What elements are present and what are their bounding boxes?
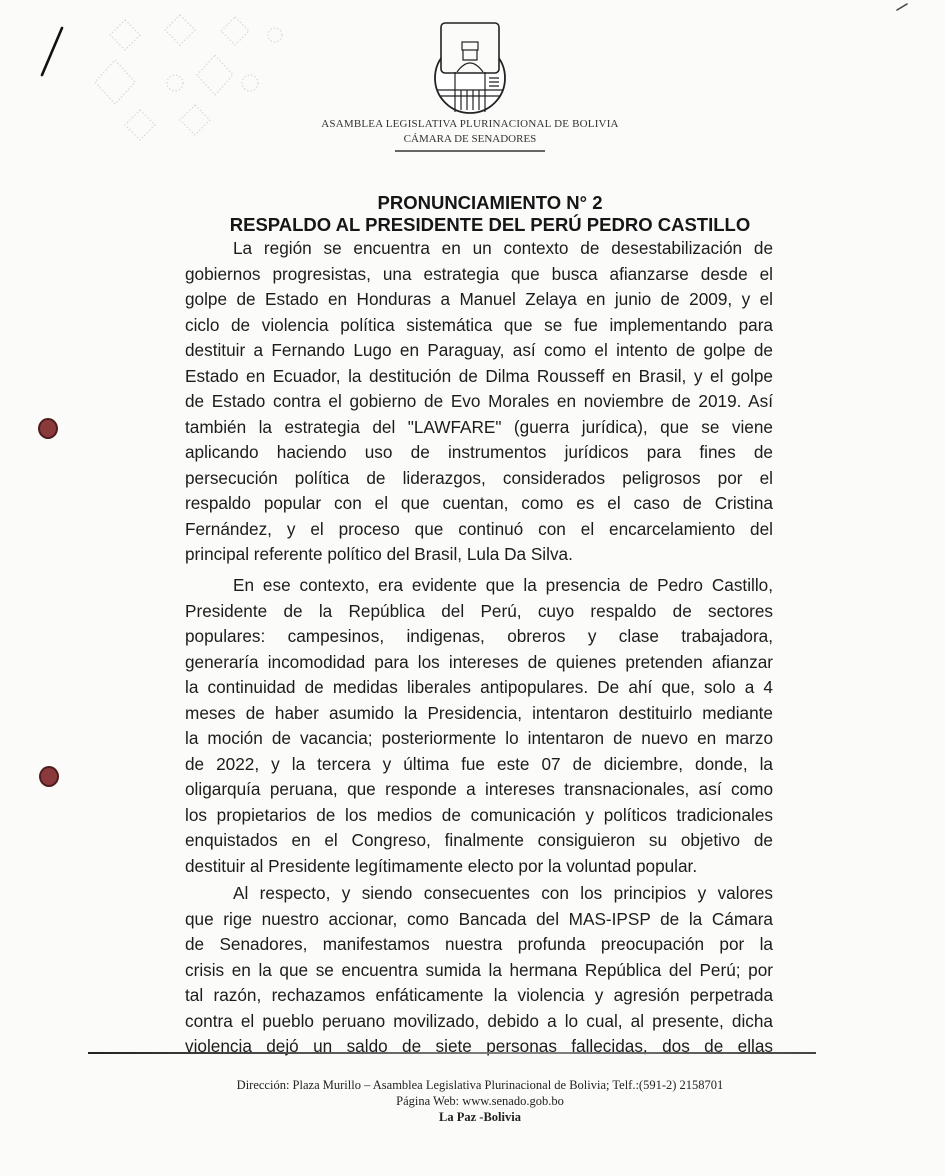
text-line: ciclo de violencia política sistemática … xyxy=(185,313,773,339)
footer-city: La Paz -Bolivia xyxy=(150,1109,810,1125)
text-line: generaría incomodidad para los intereses… xyxy=(185,650,773,676)
institution-name: ASAMBLEA LEGISLATIVA PLURINACIONAL DE BO… xyxy=(300,117,640,132)
pen-mark xyxy=(38,25,68,80)
paragraph-3: Al respecto, y siendo consecuentes con l… xyxy=(185,881,773,1060)
document-page: ASAMBLEA LEGISLATIVA PLURINACIONAL DE BO… xyxy=(0,0,945,1176)
text-line: enquistados en el Congreso, finalmente c… xyxy=(185,828,773,854)
text-line: violencia dejó un saldo de siete persona… xyxy=(185,1034,773,1060)
text-line: Fernández, y el proceso que continuó con… xyxy=(185,517,773,543)
punch-hole-bottom xyxy=(39,766,59,787)
text-line: destituir a Fernando Lugo en Paraguay, a… xyxy=(185,338,773,364)
text-line: destituir al Presidente legítimamente el… xyxy=(185,854,773,880)
paragraph-2: En ese contexto, era evidente que la pre… xyxy=(185,573,773,879)
text-line: Estado en Ecuador, la destitución de Dil… xyxy=(185,364,773,390)
text-line: gobiernos progresistas, una estrategia q… xyxy=(185,262,773,288)
text-line: Presidente de la República del Perú, cuy… xyxy=(185,599,773,625)
text-line: respaldo popular con el que cuentan, com… xyxy=(185,491,773,517)
text-line: meses de haber asumido la Presidencia, i… xyxy=(185,701,773,727)
punch-hole-top xyxy=(38,418,58,439)
text-line: de Estado contra el gobierno de Evo Mora… xyxy=(185,389,773,415)
text-line: En ese contexto, era evidente que la pre… xyxy=(185,573,773,599)
text-line: la moción de vacancia; posteriormente lo… xyxy=(185,726,773,752)
text-line: también la estrategia del "LAWFARE" (gue… xyxy=(185,415,773,441)
text-line: populares: campesinos, indigenas, obrero… xyxy=(185,624,773,650)
chamber-name: CÁMARA DE SENADORES xyxy=(300,132,640,147)
footer-divider xyxy=(88,1052,816,1054)
document-title: PRONUNCIAMIENTO N° 2 xyxy=(180,192,800,214)
text-line: golpe de Estado en Honduras a Manuel Zel… xyxy=(185,287,773,313)
footer-website: Página Web: www.senado.gob.bo xyxy=(150,1093,810,1109)
text-line: crisis en la que se encuentra sumida la … xyxy=(185,958,773,984)
text-line: La región se encuentra en un contexto de… xyxy=(185,236,773,262)
text-line: los propietarios de los medios de comuni… xyxy=(185,803,773,829)
text-line: principal referente político del Brasil,… xyxy=(185,542,773,568)
paragraph-1: La región se encuentra en un contexto de… xyxy=(185,236,773,568)
text-line: tal razón, rechazamos enfáticamente la v… xyxy=(185,983,773,1009)
text-line: contra el pueblo peruano movilizado, deb… xyxy=(185,1009,773,1035)
text-line: la continuidad de medidas liberales anti… xyxy=(185,675,773,701)
watermark-pattern xyxy=(85,5,295,155)
text-line: de Senadores, manifestamos nuestra profu… xyxy=(185,932,773,958)
text-line: de 2022, y la tercera y última fue este … xyxy=(185,752,773,778)
legislative-palace-emblem-icon xyxy=(425,20,515,115)
text-line: oligarquía peruana, que responde a inter… xyxy=(185,777,773,803)
footer-address: Dirección: Plaza Murillo – Asamblea Legi… xyxy=(150,1077,810,1093)
pen-mark-corner xyxy=(895,2,909,12)
text-line: aplicando haciendo uso de instrumentos j… xyxy=(185,440,773,466)
text-line: persecución política de liderazgos, cons… xyxy=(185,466,773,492)
text-line: que rige nuestro accionar, como Bancada … xyxy=(185,907,773,933)
document-subtitle: RESPALDO AL PRESIDENTE DEL PERÚ PEDRO CA… xyxy=(180,214,800,236)
text-line: Al respecto, y siendo consecuentes con l… xyxy=(185,881,773,907)
header-divider xyxy=(395,150,545,152)
